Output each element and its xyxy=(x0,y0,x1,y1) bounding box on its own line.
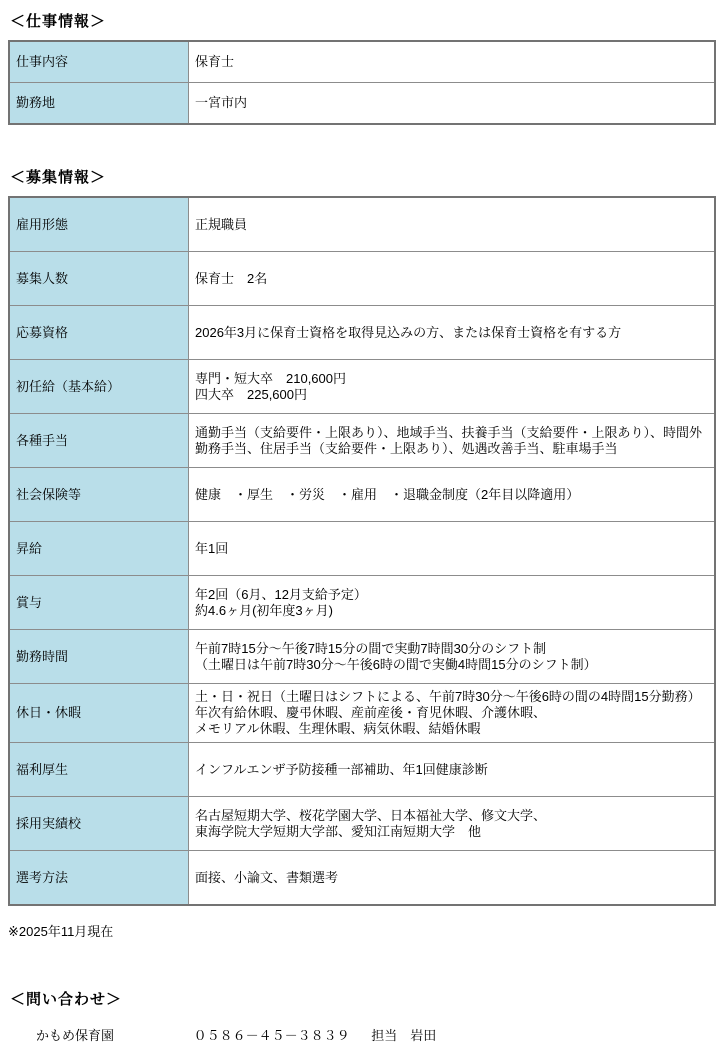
row-label-qualifications: 応募資格 xyxy=(9,306,189,360)
row-value-starting-salary: 専門・短大卒 210,600円 四大卒 225,600円 xyxy=(189,360,716,414)
row-value-hiring-schools: 名古屋短期大学、桜花学園大学、日本福祉大学、修文大学、 東海学院大学短期大学部、… xyxy=(189,797,716,851)
row-label-hiring-schools: 採用実績校 xyxy=(9,797,189,851)
row-value-salary-raise: 年1回 xyxy=(189,522,716,576)
row-value-allowances: 通勤手当（支給要件・上限あり）、地域手当、扶養手当（支給要件・上限あり）、時間外… xyxy=(189,414,716,468)
row-label-working-hours: 勤務時間 xyxy=(9,630,189,684)
job-posting-page: ＜仕事情報＞ 仕事内容 保育士 勤務地 一宮市内 ＜募集情報＞ 雇用形態 正規職… xyxy=(0,0,717,1044)
row-label-social-insurance: 社会保険等 xyxy=(9,468,189,522)
table-row: 雇用形態 正規職員 xyxy=(9,197,715,252)
row-label-benefits: 福利厚生 xyxy=(9,743,189,797)
contact-line: かもめ保育園 ０５８６－４５－３８３９ 担当 岩田 xyxy=(36,1025,717,1044)
row-label-job-description: 仕事内容 xyxy=(9,41,189,83)
contact-organization-name: かもめ保育園 xyxy=(36,1025,190,1044)
table-row: 選考方法 面接、小論文、書類選考 xyxy=(9,851,715,906)
row-value-benefits: インフルエンザ予防接種一部補助、年1回健康診断 xyxy=(189,743,716,797)
row-value-selection-method: 面接、小論文、書類選考 xyxy=(189,851,716,906)
row-label-bonus: 賞与 xyxy=(9,576,189,630)
row-value-openings: 保育士 2名 xyxy=(189,252,716,306)
table-row: 昇給 年1回 xyxy=(9,522,715,576)
row-label-selection-method: 選考方法 xyxy=(9,851,189,906)
table-row: 仕事内容 保育士 xyxy=(9,41,715,83)
table-row: 休日・休暇 土・日・祝日（土曜日はシフトによる、午前7時30分～午後6時の間の4… xyxy=(9,684,715,743)
row-label-holidays: 休日・休暇 xyxy=(9,684,189,743)
row-value-working-hours: 午前7時15分～午後7時15分の間で実動7時間30分のシフト制 （土曜日は午前7… xyxy=(189,630,716,684)
row-value-work-location: 一宮市内 xyxy=(189,83,716,125)
table-row: 勤務時間 午前7時15分～午後7時15分の間で実動7時間30分のシフト制 （土曜… xyxy=(9,630,715,684)
row-label-starting-salary: 初任給（基本給） xyxy=(9,360,189,414)
table-row: 賞与 年2回（6月、12月支給予定） 約4.6ヶ月(初年度3ヶ月) xyxy=(9,576,715,630)
row-label-employment-type: 雇用形態 xyxy=(9,197,189,252)
recruit-info-table: 雇用形態 正規職員 募集人数 保育士 2名 応募資格 2026年3月に保育士資格… xyxy=(8,196,716,906)
row-value-job-description: 保育士 xyxy=(189,41,716,83)
row-label-openings: 募集人数 xyxy=(9,252,189,306)
row-label-work-location: 勤務地 xyxy=(9,83,189,125)
job-info-section-title: ＜仕事情報＞ xyxy=(10,10,717,31)
contact-phone-number: ０５８６－４５－３８３９ xyxy=(194,1025,350,1044)
table-row: 各種手当 通勤手当（支給要件・上限あり）、地域手当、扶養手当（支給要件・上限あり… xyxy=(9,414,715,468)
row-value-qualifications: 2026年3月に保育士資格を取得見込みの方、または保育士資格を有する方 xyxy=(189,306,716,360)
table-row: 採用実績校 名古屋短期大学、桜花学園大学、日本福祉大学、修文大学、 東海学院大学… xyxy=(9,797,715,851)
table-row: 勤務地 一宮市内 xyxy=(9,83,715,125)
row-label-salary-raise: 昇給 xyxy=(9,522,189,576)
as-of-date-note: ※2025年11月現在 xyxy=(8,921,717,940)
recruit-info-section-title: ＜募集情報＞ xyxy=(10,166,717,187)
row-value-holidays: 土・日・祝日（土曜日はシフトによる、午前7時30分～午後6時の間の4時間15分勤… xyxy=(189,684,716,743)
table-row: 応募資格 2026年3月に保育士資格を取得見込みの方、または保育士資格を有する方 xyxy=(9,306,715,360)
contact-person: 担当 岩田 xyxy=(371,1025,436,1044)
table-row: 社会保険等 健康 ・厚生 ・労災 ・雇用 ・退職金制度（2年目以降適用） xyxy=(9,468,715,522)
row-value-employment-type: 正規職員 xyxy=(189,197,716,252)
table-row: 福利厚生 インフルエンザ予防接種一部補助、年1回健康診断 xyxy=(9,743,715,797)
row-value-bonus: 年2回（6月、12月支給予定） 約4.6ヶ月(初年度3ヶ月) xyxy=(189,576,716,630)
contact-section-title: ＜問い合わせ＞ xyxy=(10,988,717,1009)
table-row: 募集人数 保育士 2名 xyxy=(9,252,715,306)
job-info-table: 仕事内容 保育士 勤務地 一宮市内 xyxy=(8,40,716,125)
row-value-social-insurance: 健康 ・厚生 ・労災 ・雇用 ・退職金制度（2年目以降適用） xyxy=(189,468,716,522)
table-row: 初任給（基本給） 専門・短大卒 210,600円 四大卒 225,600円 xyxy=(9,360,715,414)
row-label-allowances: 各種手当 xyxy=(9,414,189,468)
